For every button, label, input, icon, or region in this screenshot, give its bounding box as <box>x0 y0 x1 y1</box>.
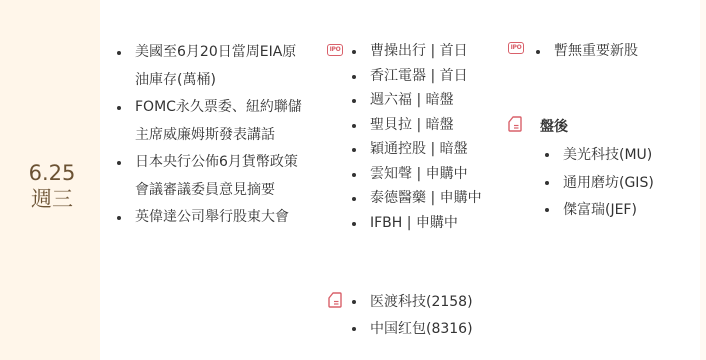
event-text: FOMC永久票委、紐約聯儲 <box>135 94 323 122</box>
list-item: 暫無重要新股 <box>532 39 702 65</box>
economic-events-list: 美國至6月20日當周EIA原 油庫存(萬桶) FOMC永久票委、紐約聯儲 主席威… <box>113 39 323 232</box>
us-earnings-list: 美光科技(MU) 通用磨坊(GIS) 傑富瑞(JEF) <box>541 142 701 225</box>
hk-earnings-list: 医渡科技(2158) 中国红包(8316) <box>348 289 518 343</box>
right-edge-strip <box>700 0 706 360</box>
list-item: 聖貝拉 | 暗盤 <box>348 113 518 138</box>
list-item: 日本央行公佈6月貨幣政策 會議審議委員意見摘要 <box>113 149 323 204</box>
list-item: 美光科技(MU) <box>541 142 701 170</box>
list-item: 曹操出行 | 首日 <box>348 39 518 64</box>
event-text: 日本央行公佈6月貨幣政策 <box>135 149 323 177</box>
event-text: 英偉達公司舉行股東大會 <box>135 204 323 232</box>
list-item: 通用磨坊(GIS) <box>541 170 701 198</box>
event-text: 會議審議委員意見摘要 <box>135 177 323 205</box>
list-item: FOMC永久票委、紐約聯儲 主席威廉姆斯發表講話 <box>113 94 323 149</box>
date-block: 6.25 週三 <box>22 160 82 212</box>
list-item: 医渡科技(2158) <box>348 289 518 316</box>
list-item: 週六福 | 暗盤 <box>348 88 518 113</box>
event-text: 主席威廉姆斯發表講話 <box>135 122 323 150</box>
list-item: 美國至6月20日當周EIA原 油庫存(萬桶) <box>113 39 323 94</box>
list-item: 英偉達公司舉行股東大會 <box>113 204 323 232</box>
list-item: 雲知聲 | 申購中 <box>348 162 518 187</box>
date-weekday: 週三 <box>22 186 82 212</box>
date-column: 6.25 週三 <box>0 0 100 360</box>
hk-ipo-list: 曹操出行 | 首日 香江電器 | 首日 週六福 | 暗盤 聖貝拉 | 暗盤 穎通… <box>348 39 518 235</box>
document-icon <box>508 116 522 132</box>
after-hours-title: 盤後 <box>540 116 568 136</box>
list-item: 香江電器 | 首日 <box>348 64 518 89</box>
list-item: 傑富瑞(JEF) <box>541 197 701 225</box>
date-day: 6.25 <box>22 160 82 186</box>
list-item: 泰德醫藥 | 申購中 <box>348 186 518 211</box>
ipo-icon: IPO <box>327 44 343 56</box>
event-text: 美國至6月20日當周EIA原 <box>135 39 323 67</box>
us-ipo-list: 暫無重要新股 <box>532 39 702 65</box>
list-item: 中国红包(8316) <box>348 316 518 343</box>
document-icon <box>328 292 342 308</box>
list-item: 穎通控股 | 暗盤 <box>348 137 518 162</box>
ipo-icon: IPO <box>508 42 524 54</box>
event-text: 油庫存(萬桶) <box>135 67 323 95</box>
list-item: IFBH | 申購中 <box>348 211 518 236</box>
